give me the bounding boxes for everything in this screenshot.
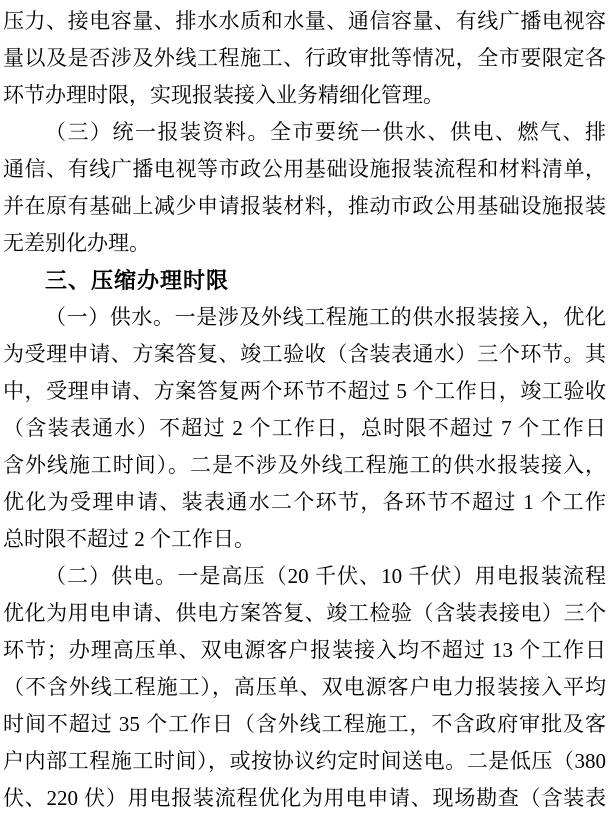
text-line: 总时限不超过 2 个工作日。 bbox=[3, 521, 606, 558]
document-page: 压力、接电容量、排水水质和水量、通信容量、有线广播电视容 量以及是否涉及外线工程… bbox=[0, 0, 609, 818]
text-line: 优化为受理申请、装表通水二个环节，各环节不超过 1 个工作日， bbox=[3, 484, 606, 521]
text-line: 户内部工程施工时间），或按协议约定时间送电。二是低压（380 bbox=[3, 743, 606, 780]
text-line: （二）供电。一是高压（20 千伏、10 千伏）用电报装流程 bbox=[3, 558, 606, 595]
text-line: 优化为用电申请、供电方案答复、竣工检验（含装表接电）三个 bbox=[3, 595, 606, 632]
text-line: （三）统一报装资料。全市要统一供水、供电、燃气、排水、 bbox=[3, 114, 606, 151]
text-line: 压力、接电容量、排水水质和水量、通信容量、有线广播电视容 bbox=[3, 3, 606, 40]
text-line: 中，受理申请、方案答复两个环节不超过 5 个工作日，竣工验收 bbox=[3, 373, 606, 410]
section-heading: 三、压缩办理时限 bbox=[3, 262, 606, 299]
text-line: 为受理申请、方案答复、竣工验收（含装表通水）三个环节。其 bbox=[3, 336, 606, 373]
text-line: 量以及是否涉及外线工程施工、行政审批等情况，全市要限定各 bbox=[3, 40, 606, 77]
text-line: （含装表通水）不超过 2 个工作日，总时限不超过 7 个工作日（不 bbox=[3, 410, 606, 447]
text-line: 伏、220 伏）用电报装流程优化为用电申请、现场勘查（含装表 bbox=[3, 780, 606, 817]
text-line: （一）供水。一是涉及外线工程施工的供水报装接入，优化 bbox=[3, 299, 606, 336]
text-line: 含外线施工时间）。二是不涉及外线工程施工的供水报装接入， bbox=[3, 447, 606, 484]
text-line: 无差别化办理。 bbox=[3, 225, 606, 262]
text-line: 环节办理时限，实现报装接入业务精细化管理。 bbox=[3, 77, 606, 114]
text-line: 并在原有基础上减少申请报装材料，推动市政公用基础设施报装 bbox=[3, 188, 606, 225]
text-line: （不含外线工程施工），高压单、双电源客户电力报装接入平均 bbox=[3, 669, 606, 706]
text-line: 环节；办理高压单、双电源客户报装接入均不超过 13 个工作日 bbox=[3, 632, 606, 669]
text-line: 时间不超过 35 个工作日（含外线工程施工，不含政府审批及客 bbox=[3, 706, 606, 743]
text-line: 通信、有线广播电视等市政公用基础设施报装流程和材料清单， bbox=[3, 151, 606, 188]
